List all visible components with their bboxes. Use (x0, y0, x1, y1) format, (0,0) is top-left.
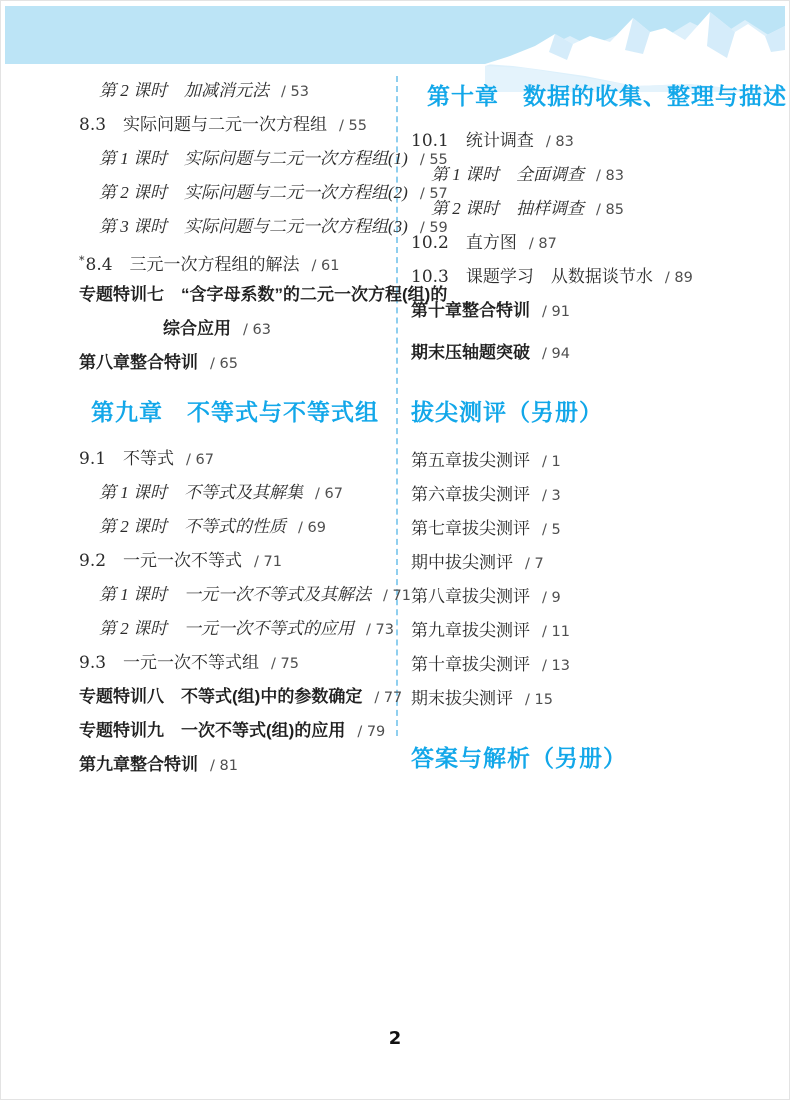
toc-entry: 9.3 一元一次不等式组/ 75 (79, 646, 391, 680)
toc-entry: 第十章拔尖测评/ 13 (411, 648, 763, 682)
standalone-heading: 答案与解析（另册） (411, 740, 763, 776)
toc-entry: 第十章整合特训/ 91 (411, 294, 763, 328)
toc-entry-page-ref: / 13 (542, 658, 570, 674)
toc-entry-page-ref: / 11 (542, 624, 570, 640)
toc-entry-text: 10.3 课题学习 从数据谈节水 (411, 267, 653, 287)
toc-entry-text: 第八章整合特训 (79, 353, 198, 372)
toc-entry-text: 10.1 统计调查 (411, 131, 534, 151)
toc-entry-text: 期末拔尖测评 (411, 689, 513, 709)
chapter-heading: 第九章 不等式与不等式组 (79, 390, 391, 434)
toc-entry-text: 9.3 一元一次不等式组 (79, 653, 259, 673)
toc-entry-page-ref: / 94 (542, 346, 570, 362)
optional-section-asterisk: * (79, 254, 85, 267)
toc-entry-page-ref: / 89 (665, 270, 693, 286)
toc-left-column: 第 2 课时 加减消元法/ 538.3 实际问题与二元一次方程组/ 55第 1 … (79, 74, 391, 782)
toc-entry-page-ref: / 69 (298, 520, 326, 536)
toc-entry-page-ref: / 15 (525, 692, 553, 708)
toc-entry-text: 期中拔尖测评 (411, 553, 513, 573)
toc-entry: 第九章拔尖测评/ 11 (411, 614, 763, 648)
standalone-heading: 拔尖测评（另册） (411, 394, 763, 430)
toc-entry-page-ref: / 91 (542, 304, 570, 320)
toc-entry-text: 8.3 实际问题与二元一次方程组 (79, 115, 327, 135)
toc-entry-page-ref: / 67 (315, 486, 343, 502)
toc-entry-text: 第五章拔尖测评 (411, 451, 530, 471)
toc-entry-page-ref: / 71 (383, 588, 411, 604)
toc-entry: 期中拔尖测评/ 7 (411, 546, 763, 580)
toc-entry-text: 9.1 不等式 (79, 449, 174, 469)
toc-entry: 第 1 课时 实际问题与二元一次方程组(1)/ 55 (79, 142, 391, 176)
toc-entry: 第 2 课时 抽样调查/ 85 (411, 192, 763, 226)
toc-entry-page-ref: / 73 (366, 622, 394, 638)
toc-entry: 第九章整合特训/ 81 (79, 748, 391, 782)
toc-entry-text: 第 2 课时 加减消元法 (99, 81, 269, 100)
toc-entry-text: 第 1 课时 实际问题与二元一次方程组(1) (99, 149, 408, 168)
toc-entry-page-ref: / 75 (271, 656, 299, 672)
toc-entry: 9.2 一元一次不等式/ 71 (79, 544, 391, 578)
toc-entry-text: 第九章整合特训 (79, 755, 198, 774)
toc-entry: 专题特训七 “含字母系数”的二元一次方程(组)的 (79, 278, 391, 312)
toc-entry: 8.3 实际问题与二元一次方程组/ 55 (79, 108, 391, 142)
toc-page: 第 2 课时 加减消元法/ 538.3 实际问题与二元一次方程组/ 55第 1 … (0, 0, 790, 1100)
toc-entry-page-ref: / 61 (312, 258, 340, 274)
toc-entry-text: 第 1 课时 不等式及其解集 (99, 483, 303, 502)
toc-entry-page-ref: / 81 (210, 758, 238, 774)
toc-entry-page-ref: / 85 (596, 202, 624, 218)
toc-entry-text: 第 1 课时 一元一次不等式及其解法 (99, 585, 371, 604)
toc-entry: 综合应用/ 63 (79, 312, 391, 346)
toc-entry-page-ref: / 71 (254, 554, 282, 570)
toc-entry-text: *8.4 三元一次方程组的解法 (79, 255, 300, 275)
toc-right-column: 第十章 数据的收集、整理与描述10.1 统计调查/ 83第 1 课时 全面调查/… (411, 74, 763, 790)
toc-entry-page-ref: / 55 (339, 118, 367, 134)
toc-entry-page-ref: / 79 (357, 724, 385, 740)
toc-entry-page-ref: / 63 (243, 322, 271, 338)
toc-entry-text: 专题特训八 不等式(组)中的参数确定 (79, 687, 362, 706)
toc-entry-text: 第十章拔尖测评 (411, 655, 530, 675)
toc-entry: 第 1 课时 不等式及其解集/ 67 (79, 476, 391, 510)
toc-entry-text: 第七章拔尖测评 (411, 519, 530, 539)
toc-entry: 第六章拔尖测评/ 3 (411, 478, 763, 512)
toc-entry-text: 综合应用 (163, 319, 231, 338)
toc-entry-page-ref: / 9 (542, 590, 561, 606)
toc-entry: 第 2 课时 一元一次不等式的应用/ 73 (79, 612, 391, 646)
toc-entry-page-ref: / 67 (186, 452, 214, 468)
toc-entry: 10.3 课题学习 从数据谈节水/ 89 (411, 260, 763, 294)
toc-entry: 第五章拔尖测评/ 1 (411, 444, 763, 478)
toc-entry: 专题特训八 不等式(组)中的参数确定/ 77 (79, 680, 391, 714)
toc-entry-page-ref: / 83 (596, 168, 624, 184)
toc-entry: 10.1 统计调查/ 83 (411, 124, 763, 158)
toc-entry-page-ref: / 87 (529, 236, 557, 252)
toc-entry-page-ref: / 3 (542, 488, 561, 504)
toc-entry: 10.2 直方图/ 87 (411, 226, 763, 260)
toc-entry-text: 第八章拔尖测评 (411, 587, 530, 607)
toc-entry-page-ref: / 5 (542, 522, 561, 538)
toc-entry-text: 第 1 课时 全面调查 (431, 165, 584, 184)
page-number: 2 (1, 1028, 789, 1049)
toc-entry: 第七章拔尖测评/ 5 (411, 512, 763, 546)
toc-entry: 第八章拔尖测评/ 9 (411, 580, 763, 614)
toc-entry: 第 2 课时 加减消元法/ 53 (79, 74, 391, 108)
toc-entry-text: 专题特训九 一次不等式(组)的应用 (79, 721, 345, 740)
toc-entry: 第 1 课时 全面调查/ 83 (411, 158, 763, 192)
toc-entry-text: 10.2 直方图 (411, 233, 517, 253)
toc-entry-text: 期末压轴题突破 (411, 343, 530, 362)
toc-entry-text: 第十章整合特训 (411, 301, 530, 320)
toc-entry-text: 专题特训七 “含字母系数”的二元一次方程(组)的 (79, 285, 447, 304)
toc-entry-text: 第六章拔尖测评 (411, 485, 530, 505)
toc-entry-page-ref: / 77 (374, 690, 402, 706)
toc-entry: *8.4 三元一次方程组的解法/ 61 (79, 244, 391, 278)
toc-entry-page-ref: / 1 (542, 454, 561, 470)
toc-entry-page-ref: / 83 (546, 134, 574, 150)
toc-entry: 专题特训九 一次不等式(组)的应用/ 79 (79, 714, 391, 748)
toc-entry-text: 第 2 课时 不等式的性质 (99, 517, 286, 536)
toc-entry: 期末压轴题突破/ 94 (411, 336, 763, 370)
toc-entry: 第 2 课时 不等式的性质/ 69 (79, 510, 391, 544)
toc-entry-page-ref: / 53 (281, 84, 309, 100)
toc-entry-page-ref: / 65 (210, 356, 238, 372)
toc-entry-text: 9.2 一元一次不等式 (79, 551, 242, 571)
toc-entry-text: 第 2 课时 实际问题与二元一次方程组(2) (99, 183, 408, 202)
toc-entry-text: 第 2 课时 一元一次不等式的应用 (99, 619, 354, 638)
toc-entry-page-ref: / 7 (525, 556, 544, 572)
toc-entry: 第 1 课时 一元一次不等式及其解法/ 71 (79, 578, 391, 612)
toc-entry: 第八章整合特训/ 65 (79, 346, 391, 380)
toc-entry: 第 3 课时 实际问题与二元一次方程组(3)/ 59 (79, 210, 391, 244)
toc-entry-text: 第九章拔尖测评 (411, 621, 530, 641)
toc-entry-text: 第 3 课时 实际问题与二元一次方程组(3) (99, 217, 408, 236)
toc-entry-text: 第 2 课时 抽样调查 (431, 199, 584, 218)
chapter-heading: 第十章 数据的收集、整理与描述 (411, 74, 763, 118)
toc-entry: 第 2 课时 实际问题与二元一次方程组(2)/ 57 (79, 176, 391, 210)
toc-entry: 9.1 不等式/ 67 (79, 442, 391, 476)
toc-entry: 期末拔尖测评/ 15 (411, 682, 763, 716)
